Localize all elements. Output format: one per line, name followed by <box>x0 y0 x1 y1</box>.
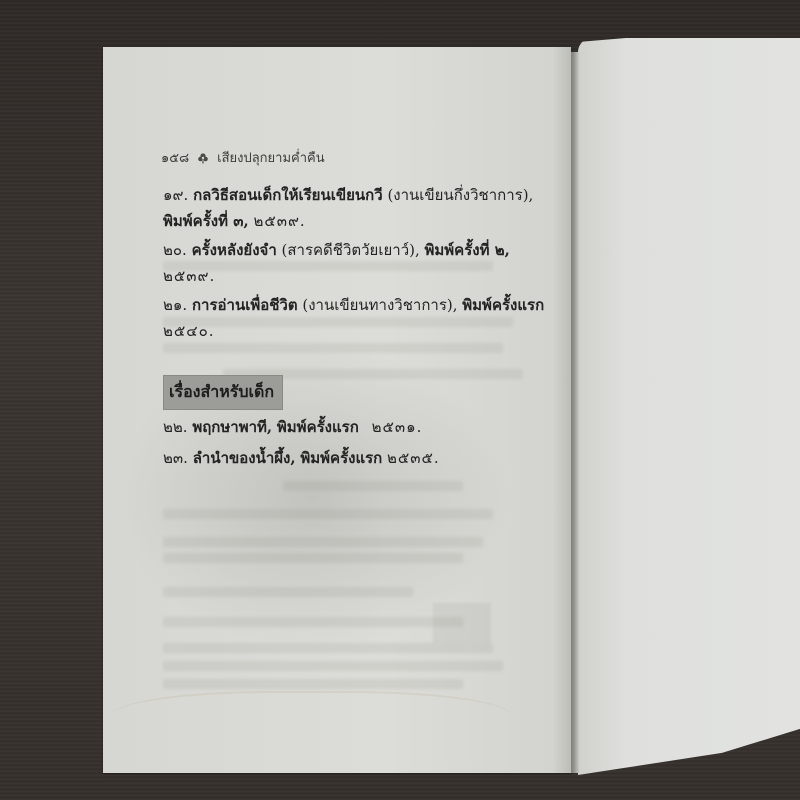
entry-number: ๒๓. <box>163 449 188 467</box>
entry-print: พิมพ์ครั้งแรก <box>277 418 359 436</box>
bibliography-entry-continuation: ๒๕๔๐. <box>163 318 215 344</box>
bibliography-entry: ๒๑. การอ่านเพื่อชีวิต (งานเขียนทางวิชากา… <box>163 292 544 318</box>
entry-print: พิมพ์ครั้งที่ ๒, <box>425 241 510 259</box>
bibliography-entry-continuation: ๒๕๓๙. <box>163 263 215 289</box>
entry-year: ๒๕๔๐. <box>163 322 215 340</box>
entry-number: ๒๒. <box>163 418 188 436</box>
entry-title: ลำนำของน้ำผึ้ง, <box>193 449 296 467</box>
section-heading-label: เรื่องสำหรับเด็ก <box>169 380 274 405</box>
bibliography-entry: ๑๙. กลวิธีสอนเด็กให้เรียนเขียนกวี (งานเข… <box>163 182 533 208</box>
entry-print: พิมพ์ครั้งแรก <box>300 449 382 467</box>
entry-note: (สารคดีชีวิตวัยเยาว์), <box>282 241 420 259</box>
entry-print: พิมพ์ครั้งแรก <box>462 296 544 314</box>
entry-year: ๒๕๓๙. <box>253 212 305 230</box>
entry-title: การอ่านเพื่อชีวิต <box>192 296 298 314</box>
entry-number: ๒๐. <box>163 241 187 259</box>
show-through-line <box>163 343 503 353</box>
show-through-line <box>163 587 413 597</box>
entry-print: พิมพ์ครั้งที่ ๓, <box>163 212 249 230</box>
show-through-box <box>433 603 491 643</box>
entry-title: ครั้งหลังยังจำ <box>192 241 277 259</box>
book-title: เสียงปลุกยามค่ำคืน <box>217 147 325 168</box>
entry-note: (งานเขียนกึ่งวิชาการ), <box>387 186 533 204</box>
show-through-line <box>163 661 503 671</box>
entry-year: ๒๕๓๑. <box>372 418 423 436</box>
bibliography-entry: ๒๓. ลำนำของน้ำผึ้ง, พิมพ์ครั้งแรก ๒๕๓๕. <box>163 445 440 471</box>
right-page <box>578 38 800 775</box>
entry-year: ๒๕๓๙. <box>163 267 215 285</box>
bibliography-entry-continuation: พิมพ์ครั้งที่ ๓, ๒๕๓๙. <box>163 208 306 234</box>
entry-title: พฤกษาพาที, <box>192 418 272 436</box>
show-through-line <box>163 509 493 519</box>
entry-title: กลวิธีสอนเด็กให้เรียนเขียนกวี <box>193 186 383 204</box>
bibliography-entry: ๒๐. ครั้งหลังยังจำ (สารคดีชีวิตวัยเยาว์)… <box>163 237 510 263</box>
show-through-line <box>163 537 483 547</box>
book-photo-scene: ๑๕๘ เสียงปลุกยามค่ำคืน ๑๙. กลวิธีสอนเด็ก… <box>0 0 800 800</box>
show-through-line <box>163 317 513 327</box>
entry-year: ๒๕๓๕. <box>387 449 440 467</box>
entry-note: (งานเขียนทางวิชาการ), <box>302 296 457 314</box>
page-number: ๑๕๘ <box>161 147 189 168</box>
show-through-line <box>163 679 463 689</box>
entry-number: ๒๑. <box>163 296 187 314</box>
running-head: ๑๕๘ เสียงปลุกยามค่ำคืน <box>161 147 325 168</box>
flower-ornament-icon <box>197 152 209 164</box>
show-through-line <box>163 553 463 563</box>
bibliography-entry: ๒๒. พฤกษาพาที, พิมพ์ครั้งแรก ๒๕๓๑. <box>163 414 422 440</box>
entry-number: ๑๙. <box>163 186 188 204</box>
show-through-line <box>163 617 463 627</box>
left-page: ๑๕๘ เสียงปลุกยามค่ำคืน ๑๙. กลวิธีสอนเด็ก… <box>103 47 571 773</box>
section-heading-children-stories: เรื่องสำหรับเด็ก <box>163 375 283 410</box>
show-through-line <box>283 481 463 491</box>
show-through-line <box>163 643 493 653</box>
